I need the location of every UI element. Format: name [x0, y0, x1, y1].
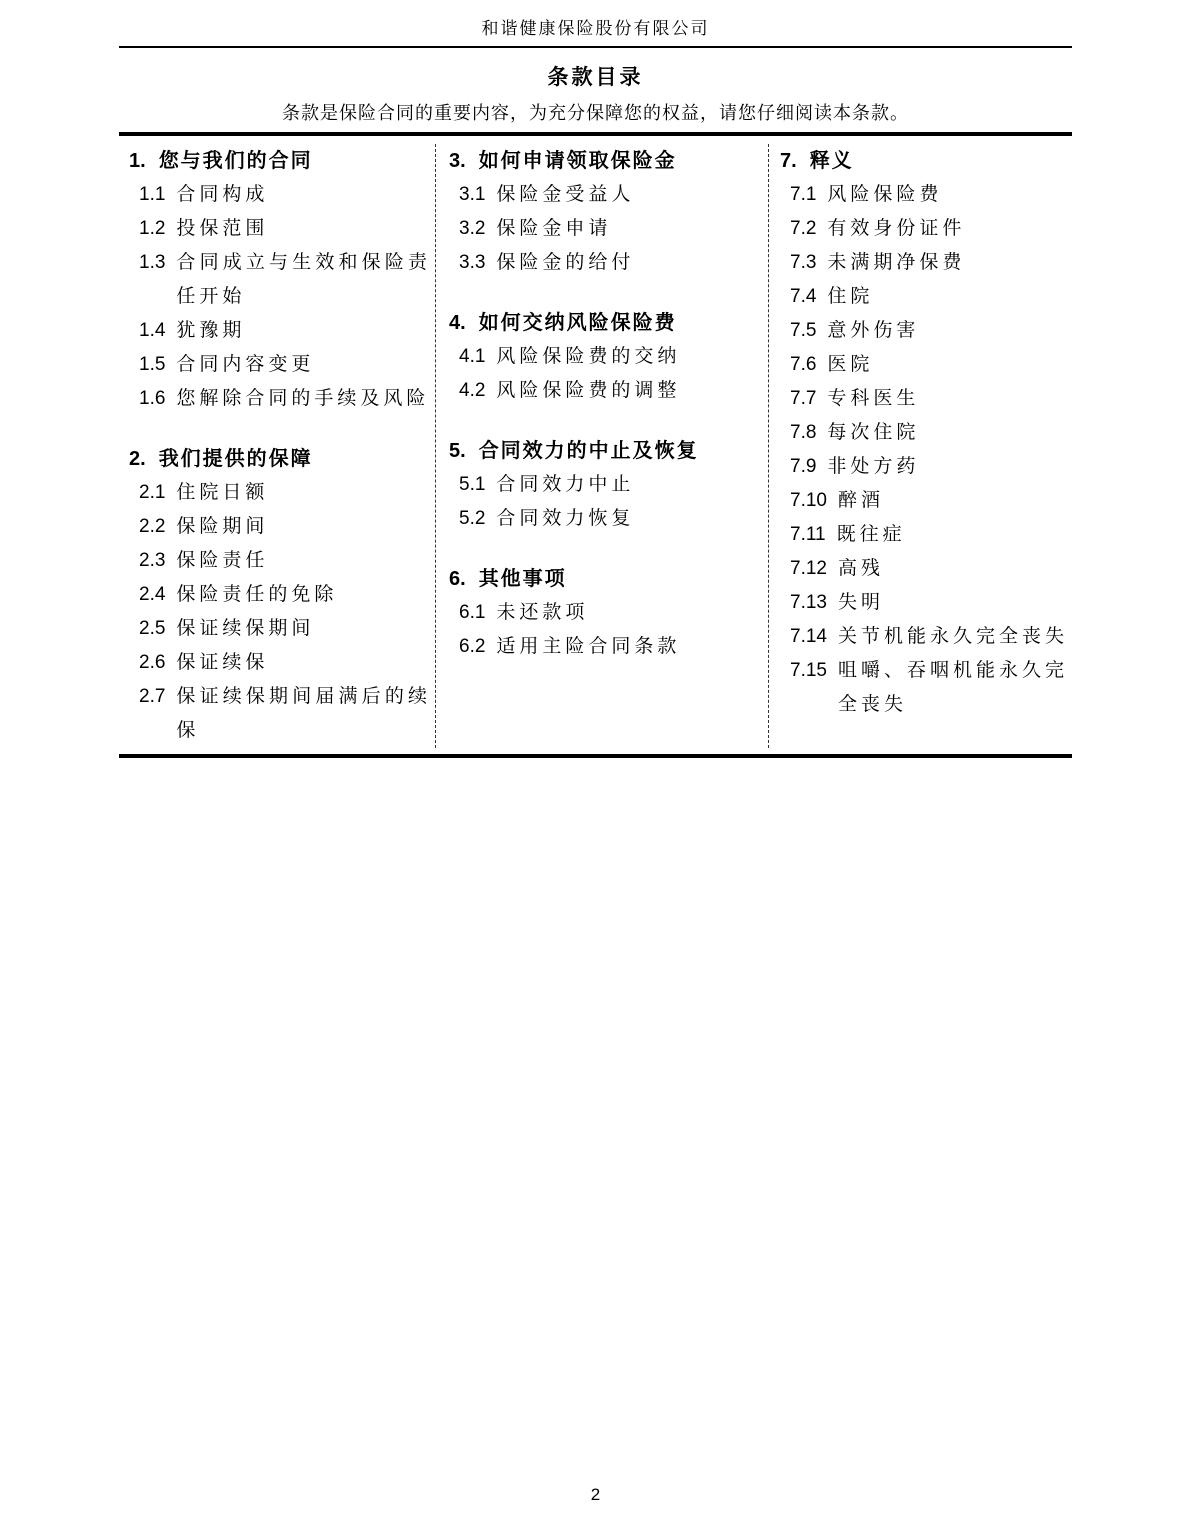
toc-column-2: 3.如何申请领取保险金3.1保险金受益人3.2保险金申请3.3保险金的给付4.如… — [435, 144, 768, 748]
toc-section-header: 1.您与我们的合同 — [129, 144, 431, 178]
toc-item-number: 2.1 — [139, 476, 165, 510]
toc-subtitle: 条款是保险合同的重要内容，为充分保障您的权益，请您仔细阅读本条款。 — [119, 99, 1072, 125]
section-gap — [449, 408, 762, 434]
toc-item: 7.7专科医生 — [780, 382, 1068, 416]
toc-item-number: 2.5 — [139, 612, 165, 646]
toc-section-title: 释义 — [810, 144, 854, 178]
toc-item-label: 专科医生 — [827, 382, 1068, 416]
toc-item-label: 医院 — [827, 348, 1068, 382]
toc-item-label: 意外伤害 — [827, 314, 1068, 348]
toc-section-number: 6. — [449, 562, 466, 596]
toc-item-number: 2.7 — [139, 680, 165, 748]
toc-item-label: 风险保险费 — [827, 178, 1068, 212]
toc-item-label: 投保范围 — [176, 212, 431, 246]
toc-item-number: 4.2 — [459, 374, 485, 408]
toc-item-label: 您解除合同的手续及风险 — [176, 382, 431, 416]
toc-item-number: 1.2 — [139, 212, 165, 246]
section-gap — [449, 280, 762, 306]
page-content: 和谐健康保险股份有限公司 条款目录 条款是保险合同的重要内容，为充分保障您的权益… — [119, 0, 1072, 758]
toc-item: 3.2保险金申请 — [449, 212, 762, 246]
toc-item: 7.12高残 — [780, 552, 1068, 586]
toc-item-number: 7.14 — [790, 620, 827, 654]
toc-item: 2.1住院日额 — [129, 476, 431, 510]
toc-item-label: 非处方药 — [827, 450, 1068, 484]
toc-item-label: 合同构成 — [176, 178, 431, 212]
toc-section-number: 4. — [449, 306, 466, 340]
toc-item-label: 保险金申请 — [496, 212, 762, 246]
toc-column-1: 1.您与我们的合同1.1合同构成1.2投保范围1.3合同成立与生效和保险责任开始… — [119, 144, 435, 748]
toc-section-number: 1. — [129, 144, 146, 178]
toc-item-number: 5.2 — [459, 502, 485, 536]
toc-item: 1.4犹豫期 — [129, 314, 431, 348]
toc-item-label: 合同内容变更 — [176, 348, 431, 382]
toc-item-number: 7.11 — [790, 518, 826, 552]
toc-item: 7.11既往症 — [780, 518, 1068, 552]
toc-item: 3.3保险金的给付 — [449, 246, 762, 280]
toc-section-number: 3. — [449, 144, 466, 178]
toc-item-label: 犹豫期 — [176, 314, 431, 348]
toc-item-label: 合同成立与生效和保险责任开始 — [176, 246, 431, 314]
toc-item-number: 2.4 — [139, 578, 165, 612]
toc-item-label: 保证续保期间 — [176, 612, 431, 646]
toc-section-title: 您与我们的合同 — [159, 144, 313, 178]
toc-item: 5.2合同效力恢复 — [449, 502, 762, 536]
toc-item: 7.15咀嚼、吞咽机能永久完全丧失 — [780, 654, 1068, 722]
toc-item: 5.1合同效力中止 — [449, 468, 762, 502]
toc-item-number: 1.6 — [139, 382, 165, 416]
toc-item: 2.3保险责任 — [129, 544, 431, 578]
toc-item-number: 6.2 — [459, 630, 485, 664]
toc-item: 2.5保证续保期间 — [129, 612, 431, 646]
toc-item-label: 保险期间 — [176, 510, 431, 544]
toc-section-header: 4.如何交纳风险保险费 — [449, 306, 762, 340]
toc-section-header: 7.释义 — [780, 144, 1068, 178]
toc-item-number: 4.1 — [459, 340, 485, 374]
toc-item-label: 失明 — [838, 586, 1068, 620]
toc-item: 7.14关节机能永久完全丧失 — [780, 620, 1068, 654]
toc-item-number: 7.5 — [790, 314, 816, 348]
toc-item-label: 每次住院 — [827, 416, 1068, 450]
toc-section-title: 如何交纳风险保险费 — [479, 306, 677, 340]
toc-section-title: 合同效力的中止及恢复 — [479, 434, 699, 468]
toc-item: 1.5合同内容变更 — [129, 348, 431, 382]
toc-item-number: 7.6 — [790, 348, 816, 382]
toc-section-title: 我们提供的保障 — [159, 442, 313, 476]
toc-section-header: 6.其他事项 — [449, 562, 762, 596]
toc-item-number: 7.15 — [790, 654, 827, 722]
toc-item: 4.1风险保险费的交纳 — [449, 340, 762, 374]
toc-item: 1.6您解除合同的手续及风险 — [129, 382, 431, 416]
toc-section-header: 5.合同效力的中止及恢复 — [449, 434, 762, 468]
section-gap — [129, 416, 431, 442]
toc-item: 7.3未满期净保费 — [780, 246, 1068, 280]
toc-item-label: 高残 — [838, 552, 1068, 586]
toc-item-label: 有效身份证件 — [827, 212, 1068, 246]
toc-section-header: 2.我们提供的保障 — [129, 442, 431, 476]
toc-item-label: 未还款项 — [496, 596, 762, 630]
toc-column-3: 7.释义7.1风险保险费7.2有效身份证件7.3未满期净保费7.4住院7.5意外… — [768, 144, 1072, 748]
toc-item: 7.13失明 — [780, 586, 1068, 620]
toc-item: 4.2风险保险费的调整 — [449, 374, 762, 408]
toc-item: 7.8每次住院 — [780, 416, 1068, 450]
toc-item-label: 保险责任 — [176, 544, 431, 578]
toc-item-label: 合同效力恢复 — [496, 502, 762, 536]
toc-section-title: 其他事项 — [479, 562, 567, 596]
toc-item-number: 1.3 — [139, 246, 165, 314]
toc-item-number: 5.1 — [459, 468, 485, 502]
toc-item: 3.1保险金受益人 — [449, 178, 762, 212]
page-title: 条款目录 — [119, 61, 1072, 91]
toc-item-number: 3.3 — [459, 246, 485, 280]
toc-item: 7.5意外伤害 — [780, 314, 1068, 348]
toc-item-number: 7.4 — [790, 280, 816, 314]
toc-item: 2.6保证续保 — [129, 646, 431, 680]
toc-item-label: 咀嚼、吞咽机能永久完全丧失 — [838, 654, 1068, 722]
toc-item-label: 关节机能永久完全丧失 — [838, 620, 1068, 654]
toc-item-label: 保险金受益人 — [496, 178, 762, 212]
toc-item: 7.10醉酒 — [780, 484, 1068, 518]
toc-item-number: 7.13 — [790, 586, 827, 620]
toc-item-number: 3.1 — [459, 178, 485, 212]
toc-item-number: 2.6 — [139, 646, 165, 680]
toc-item-label: 醉酒 — [838, 484, 1068, 518]
toc-item-number: 3.2 — [459, 212, 485, 246]
toc-item: 2.2保险期间 — [129, 510, 431, 544]
toc-item: 7.4住院 — [780, 280, 1068, 314]
toc-item-number: 1.4 — [139, 314, 165, 348]
page-number: 2 — [119, 1485, 1072, 1505]
toc-box: 1.您与我们的合同1.1合同构成1.2投保范围1.3合同成立与生效和保险责任开始… — [119, 132, 1072, 758]
toc-item-label: 住院 — [827, 280, 1068, 314]
toc-item-label: 保证续保 — [176, 646, 431, 680]
toc-item-label: 保险责任的免除 — [176, 578, 431, 612]
toc-item-number: 1.5 — [139, 348, 165, 382]
toc-item: 6.1未还款项 — [449, 596, 762, 630]
toc-item-number: 7.3 — [790, 246, 816, 280]
toc-item-label: 既往症 — [837, 518, 1068, 552]
toc-item-label: 未满期净保费 — [827, 246, 1068, 280]
toc-item-number: 6.1 — [459, 596, 485, 630]
toc-item-number: 2.2 — [139, 510, 165, 544]
section-gap — [449, 536, 762, 562]
toc-item: 1.1合同构成 — [129, 178, 431, 212]
toc-item-number: 7.7 — [790, 382, 816, 416]
toc-item-number: 7.12 — [790, 552, 827, 586]
toc-item-number: 7.2 — [790, 212, 816, 246]
toc-item: 7.1风险保险费 — [780, 178, 1068, 212]
document-page: 和谐健康保险股份有限公司 条款目录 条款是保险合同的重要内容，为充分保障您的权益… — [0, 0, 1190, 1533]
toc-item: 7.2有效身份证件 — [780, 212, 1068, 246]
toc-item-label: 保险金的给付 — [496, 246, 762, 280]
toc-item-label: 合同效力中止 — [496, 468, 762, 502]
toc-item-number: 7.10 — [790, 484, 827, 518]
toc-section-number: 7. — [780, 144, 797, 178]
toc-item: 7.9非处方药 — [780, 450, 1068, 484]
toc-item-label: 住院日额 — [176, 476, 431, 510]
company-name-header: 和谐健康保险股份有限公司 — [119, 0, 1072, 46]
toc-item-number: 2.3 — [139, 544, 165, 578]
header-rule — [119, 46, 1072, 48]
toc-item-number: 7.8 — [790, 416, 816, 450]
toc-item-label: 风险保险费的交纳 — [496, 340, 762, 374]
toc-section-number: 5. — [449, 434, 466, 468]
toc-item-label: 适用主险合同条款 — [496, 630, 762, 664]
toc-item: 2.7保证续保期间届满后的续保 — [129, 680, 431, 748]
toc-item-number: 7.9 — [790, 450, 816, 484]
toc-item-number: 1.1 — [139, 178, 165, 212]
toc-section-number: 2. — [129, 442, 146, 476]
toc-item: 6.2适用主险合同条款 — [449, 630, 762, 664]
toc-item-label: 风险保险费的调整 — [496, 374, 762, 408]
toc-item: 1.3合同成立与生效和保险责任开始 — [129, 246, 431, 314]
toc-section-title: 如何申请领取保险金 — [479, 144, 677, 178]
toc-item: 1.2投保范围 — [129, 212, 431, 246]
toc-item: 7.6医院 — [780, 348, 1068, 382]
toc-item-number: 7.1 — [790, 178, 816, 212]
toc-section-header: 3.如何申请领取保险金 — [449, 144, 762, 178]
toc-item: 2.4保险责任的免除 — [129, 578, 431, 612]
toc-item-label: 保证续保期间届满后的续保 — [176, 680, 431, 748]
